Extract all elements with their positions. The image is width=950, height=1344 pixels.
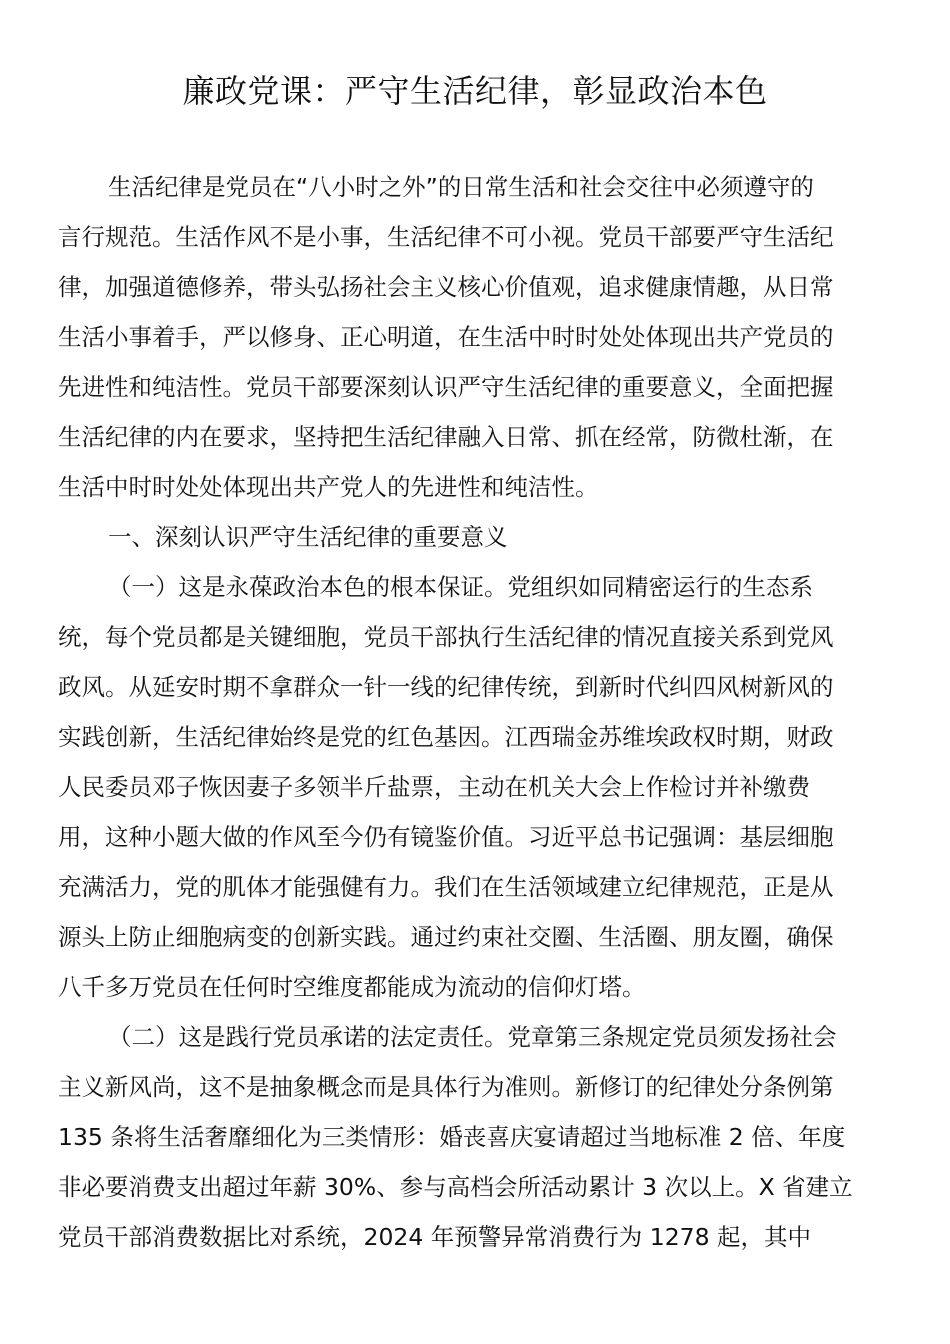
- subsection-1-line-4: 实践创新，生活纪律始终是党的红色基因。江西瑞金苏维埃政权时期，财政: [58, 722, 888, 752]
- subsection-1-line-1: （一）这是永葆政治本色的根本保证。党组织如同精密运行的生态系: [108, 572, 938, 602]
- subsection-1-line-5: 人民委员邓子恢因妻子多领半斤盐票，主动在机关大会上作检讨并补缴费: [58, 772, 888, 802]
- subsection-2-line-3: 135 条将生活奢靡细化为三类情形：婚丧喜庆宴请超过当地标准 2 倍、年度: [58, 1122, 888, 1152]
- section-heading-1: 一、深刻认识严守生活纪律的重要意义: [108, 522, 938, 552]
- subsection-1-line-9: 八千多万党员在任何时空维度都能成为流动的信仰灯塔。: [58, 972, 888, 1002]
- document-page: 廉政党课：严守生活纪律，彰显政治本色 生活纪律是党员在“八小时之外”的日常生活和…: [0, 0, 950, 1344]
- paragraph-intro-line-7: 生活中时时处处体现出共产党人的先进性和纯洁性。: [58, 472, 888, 502]
- subsection-1-line-2: 统，每个党员都是关键细胞，党员干部执行生活纪律的情况直接关系到党风: [58, 622, 888, 652]
- subsection-2-line-5: 党员干部消费数据比对系统，2024 年预警异常消费行为 1278 起，其中: [58, 1222, 888, 1252]
- paragraph-intro-line-1: 生活纪律是党员在“八小时之外”的日常生活和社会交往中必须遵守的: [108, 172, 938, 202]
- document-title: 廉政党课：严守生活纪律，彰显政治本色: [0, 66, 950, 112]
- paragraph-intro-line-2: 言行规范。生活作风不是小事，生活纪律不可小视。党员干部要严守生活纪: [58, 222, 888, 252]
- paragraph-intro-line-5: 先进性和纯洁性。党员干部要深刻认识严守生活纪律的重要意义，全面把握: [58, 372, 888, 402]
- paragraph-intro-line-4: 生活小事着手，严以修身、正心明道，在生活中时时处处体现出共产党员的: [58, 322, 888, 352]
- subsection-2-line-2: 主义新风尚，这不是抽象概念而是具体行为准则。新修订的纪律处分条例第: [58, 1072, 888, 1102]
- subsection-1-line-6: 用，这种小题大做的作风至今仍有镜鉴价值。习近平总书记强调：基层细胞: [58, 822, 888, 852]
- paragraph-intro-line-3: 律，加强道德修养，带头弘扬社会主义核心价值观，追求健康情趣，从日常: [58, 272, 888, 302]
- subsection-2-line-4: 非必要消费支出超过年薪 30%、参与高档会所活动累计 3 次以上。X 省建立: [58, 1172, 888, 1202]
- subsection-2-line-1: （二）这是践行党员承诺的法定责任。党章第三条规定党员须发扬社会: [108, 1022, 938, 1052]
- subsection-1-line-3: 政风。从延安时期不拿群众一针一线的纪律传统，到新时代纠四风树新风的: [58, 672, 888, 702]
- paragraph-intro-line-6: 生活纪律的内在要求，坚持把生活纪律融入日常、抓在经常，防微杜渐，在: [58, 422, 888, 452]
- subsection-1-line-8: 源头上防止细胞病变的创新实践。通过约束社交圈、生活圈、朋友圈，确保: [58, 922, 888, 952]
- subsection-1-line-7: 充满活力，党的肌体才能强健有力。我们在生活领域建立纪律规范，正是从: [58, 872, 888, 902]
